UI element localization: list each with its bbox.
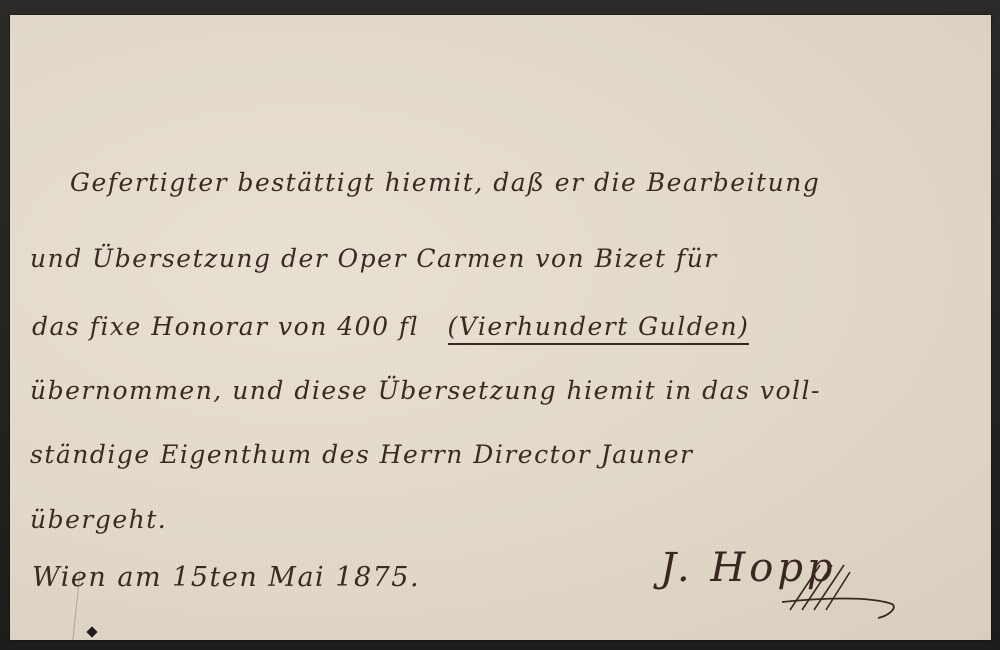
text-line-2: und Übersetzung der Oper Carmen von Bize…: [30, 244, 718, 273]
text-line-6: übergeht.: [30, 505, 167, 534]
honorar-text: das fixe Honorar von 400 fl: [32, 312, 419, 341]
photo-background: Gefertigter bestättigt hiemit, daß er di…: [0, 0, 1000, 650]
amount-in-words: (Vierhundert Gulden): [448, 312, 750, 345]
text-line-1: Gefertigter bestättigt hiemit, daß er di…: [70, 168, 820, 197]
text-line-3: das fixe Honorar von 400 fl (Vierhundert…: [32, 312, 749, 341]
place-date: Wien am 15ten Mai 1875.: [32, 562, 420, 593]
signature-flourish-icon: [780, 560, 900, 620]
text-line-5: ständige Eigenthum des Herrn Director Ja…: [30, 440, 693, 469]
text-line-4: übernommen, und diese Übersetzung hiemit…: [30, 376, 821, 405]
